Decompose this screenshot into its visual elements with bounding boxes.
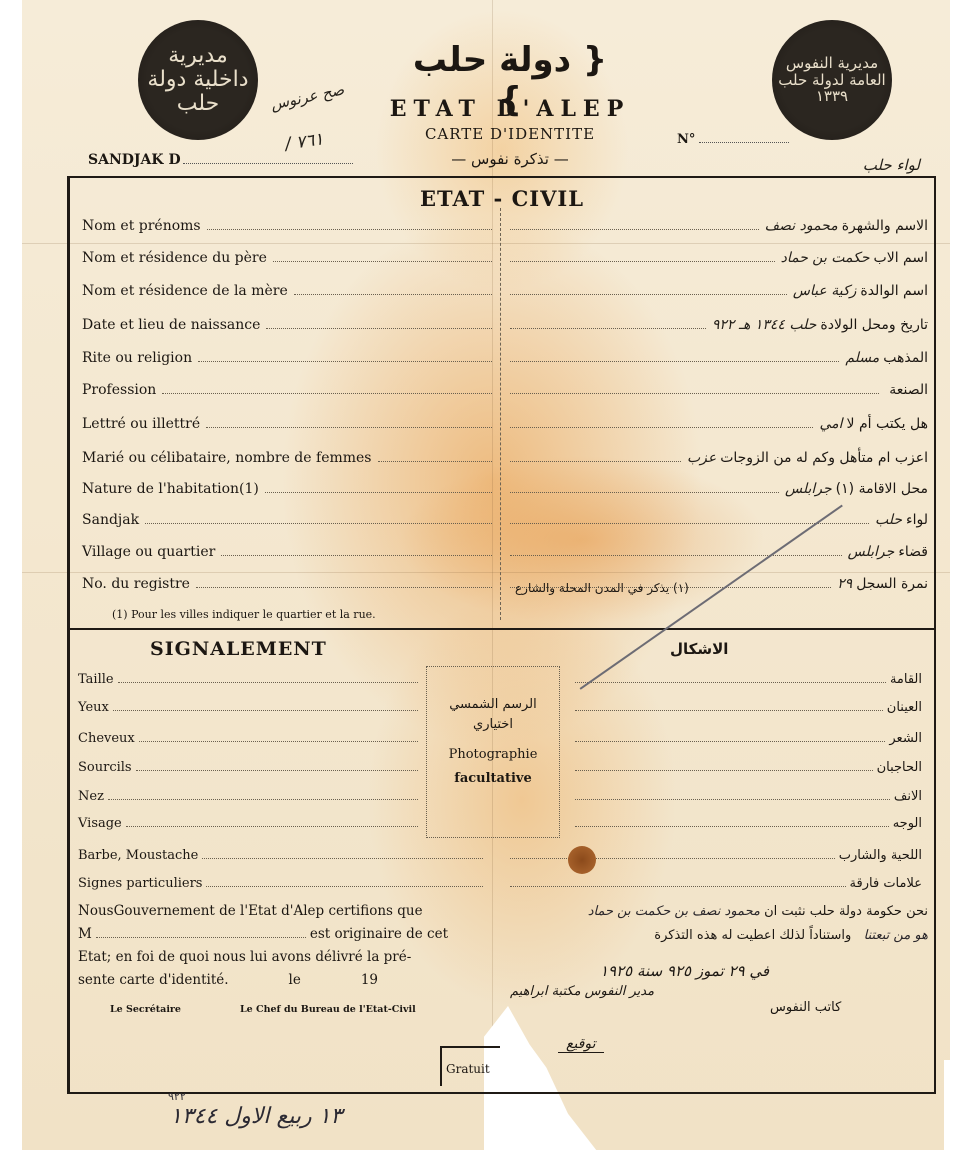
- signalement-blank: [206, 886, 483, 887]
- left-seal-text: مديرية داخلية دولة حلب: [138, 44, 258, 117]
- signalement-blank-ar: [510, 886, 846, 887]
- civil-blank: [265, 492, 492, 493]
- civil-blank-ar: [510, 492, 779, 493]
- signalement-label-fr: Taille: [78, 672, 118, 687]
- civil-value-handwritten: مسلم: [839, 350, 879, 366]
- civil-value-handwritten: عزب: [681, 450, 716, 466]
- civil-blank: [378, 461, 493, 462]
- civil-row-french: Nom et résidence de la mère: [82, 283, 492, 299]
- civil-label-ar: تاريخ ومحل الولادة: [816, 317, 928, 333]
- signalement-label-ar: علامات فارقة: [846, 876, 922, 891]
- subtitle-french: CARTE D'IDENTITE: [370, 125, 650, 143]
- chef-bureau-label: Le Chef du Bureau de l'Etat-Civil: [240, 1004, 416, 1015]
- civil-label-ar: الصنعة: [885, 382, 928, 398]
- sandjak-blank: [183, 163, 353, 164]
- etat-civil-title: ETAT - CIVIL: [70, 186, 934, 211]
- signalement-label-fr: Nez: [78, 789, 108, 804]
- signalement-label-ar: الحاجبان: [873, 760, 922, 775]
- civil-blank: [196, 587, 492, 588]
- signalement-blank-ar: [575, 799, 890, 800]
- photo-box: الرسم الشمسياختياري Photographiefacultat…: [426, 666, 560, 838]
- cert-fr-line4-text: sente carte d'identité.: [78, 972, 229, 988]
- katib-label: كاتب النفوس: [770, 1000, 841, 1015]
- civil-row-french: Sandjak: [82, 512, 492, 528]
- civil-label-fr: Nom et prénoms: [82, 218, 207, 234]
- civil-value-handwritten: محمود نصف: [759, 218, 838, 234]
- civil-row-arabic: مسلمالمذهب: [510, 350, 928, 366]
- cert-fr-line3: Etat; en foi de quoi nous lui avons déli…: [78, 946, 488, 969]
- signalement-blank: [202, 858, 483, 859]
- photo-ar-line1: الرسم الشمسي: [449, 697, 537, 712]
- gratuit-stamp: Gratuit: [440, 1046, 500, 1086]
- civil-row-french: Lettré ou illettré: [82, 416, 492, 432]
- civil-row-french: Nom et résidence du père: [82, 250, 492, 266]
- signalement-label-ar: الانف: [890, 789, 922, 804]
- civil-blank: [273, 261, 492, 262]
- signalement-blank: [113, 710, 418, 711]
- signalement-row-french: Cheveux: [78, 731, 418, 746]
- civil-label-ar: الاسم والشهرة: [838, 218, 928, 234]
- column-divider: [500, 208, 502, 620]
- signalement-label-ar: الشعر: [885, 731, 922, 746]
- right-seal-stamp: مديرية النفوس العامة لدولة حلب ١٣٣٩: [772, 20, 892, 140]
- civil-label-ar: المذهب: [879, 350, 928, 366]
- civil-value-handwritten: حلب: [869, 512, 902, 528]
- civil-value-handwritten: زكية عباس: [787, 283, 857, 299]
- civil-value-handwritten: امي: [813, 416, 842, 432]
- cert-fr-le: le: [289, 972, 301, 988]
- cert-ar-line2: هو من تبعتنا واستناداً لذلك اعطيت له هذه…: [510, 924, 928, 948]
- signalement-label-fr: Sourcils: [78, 760, 136, 775]
- signalement-label-fr: Barbe, Moustache: [78, 848, 202, 863]
- civil-row-french: Nom et prénoms: [82, 218, 492, 234]
- signalement-row-arabic: علامات فارقة: [510, 876, 922, 891]
- cert-name-blank: [96, 937, 306, 938]
- signalement-blank-ar: [510, 858, 835, 859]
- signalement-label-fr: Cheveux: [78, 731, 139, 746]
- handwritten-date: في ٢٩ تموز ٩٢٥ سنة ١٩٢٥: [600, 962, 769, 980]
- signalement-title-arabic: الاشكال: [670, 640, 728, 658]
- civil-value-handwritten: حكمت بن حماد: [775, 250, 870, 266]
- cert-ar-hand2: هو من تبعتنا: [864, 928, 928, 943]
- civil-row-arabic: محمود نصفالاسم والشهرة: [510, 218, 928, 234]
- cert-fr-line4: sente carte d'identité.le19: [78, 969, 488, 992]
- civil-blank: [221, 555, 492, 556]
- certification-french: NousGouvernement de l'Etat d'Alep certif…: [78, 900, 488, 992]
- civil-row-french: Village ou quartier: [82, 544, 492, 560]
- signalement-title: SIGNALEMENT: [150, 638, 327, 660]
- civil-row-french: Nature de l'habitation(1): [82, 481, 492, 497]
- civil-label-fr: Date et lieu de naissance: [82, 317, 266, 333]
- civil-blank: [266, 328, 492, 329]
- civil-value-handwritten: جرابلس: [779, 481, 832, 497]
- civil-label-ar: هل يكتب أم لا: [843, 416, 928, 432]
- civil-label-ar: نمرة السجل: [852, 576, 928, 592]
- signalement-row-french: Taille: [78, 672, 418, 687]
- civil-label-fr: Rite ou religion: [82, 350, 198, 366]
- civil-blank: [162, 393, 492, 394]
- cert-ar-name-hand: محمود نصف بن حكمت بن حماد: [588, 904, 760, 919]
- cert-ar-line1: نحن حكومة دولة حلب نثبت ان محمود نصف بن …: [510, 900, 928, 924]
- civil-row-arabic: اميهل يكتب أم لا: [510, 416, 928, 432]
- title-french: ETAT D'ALEP: [370, 96, 650, 122]
- civil-label-ar: محل الاقامة (١): [832, 481, 928, 497]
- certification-arabic: نحن حكومة دولة حلب نثبت ان محمود نصف بن …: [510, 900, 928, 948]
- civil-blank: [145, 523, 492, 524]
- card-number-field: N°: [677, 132, 789, 147]
- sandjak-label: SANDJAK D: [88, 152, 181, 168]
- form-frame: ETAT - CIVIL Nom et prénomsمحمود نصفالاس…: [67, 176, 936, 1094]
- civil-label-fr: No. du registre: [82, 576, 196, 592]
- signalement-row-french: Sourcils: [78, 760, 418, 775]
- signalement-blank: [139, 741, 418, 742]
- civil-label-fr: Nom et résidence du père: [82, 250, 273, 266]
- civil-row-arabic: زكية عباساسم الوالدة: [510, 283, 928, 299]
- signalement-row-french: Signes particuliers: [78, 876, 483, 891]
- signalement-blank-ar: [575, 710, 883, 711]
- civil-label-fr: Nom et résidence de la mère: [82, 283, 294, 299]
- signalement-row-arabic: العينان: [575, 700, 922, 715]
- handwritten-bottom: ١٣ ربيع الاول ١٣٤٤: [170, 1104, 342, 1129]
- signalement-row-arabic: الانف: [575, 789, 922, 804]
- civil-blank-ar: [510, 393, 879, 394]
- cert-m: M: [78, 926, 92, 942]
- signalement-blank-ar: [575, 741, 885, 742]
- signalement-row-french: Barbe, Moustache: [78, 848, 483, 863]
- left-seal-stamp: مديرية داخلية دولة حلب: [138, 20, 258, 140]
- civil-blank-ar: [510, 427, 813, 428]
- handwritten-bottom-small: ٩٢٢: [168, 1090, 186, 1103]
- civil-label-ar: اعزب ام متأهل وكم له من الزوجات: [716, 450, 928, 466]
- civil-label-fr: Nature de l'habitation(1): [82, 481, 265, 497]
- cert-ar-line2-text: واستناداً لذلك اعطيت له هذه التذكرة: [654, 928, 851, 943]
- civil-label-ar: قضاء: [894, 544, 928, 560]
- photo-ar-line2: اختياري: [473, 717, 513, 732]
- card-number-blank: [699, 142, 789, 143]
- liwa-arabic: لواء حلب: [770, 156, 920, 174]
- torn-edge: [944, 1060, 963, 1160]
- signalement-label-fr: Yeux: [78, 700, 113, 715]
- signalement-row-arabic: الحاجبان: [575, 760, 922, 775]
- subtitle-arabic: — تذكرة نفوس —: [380, 150, 640, 168]
- civil-row-arabic: حكمت بن حماداسم الاب: [510, 250, 928, 266]
- signalement-label-ar: القامة: [886, 672, 922, 687]
- signalement-blank-ar: [575, 826, 889, 827]
- civil-blank-ar: [510, 229, 759, 230]
- signalement-blank: [136, 770, 418, 771]
- civil-row-french: Rite ou religion: [82, 350, 492, 366]
- signalement-label-fr: Visage: [78, 816, 126, 831]
- civil-label-ar: اسم الاب: [870, 250, 928, 266]
- civil-label-fr: Marié ou célibataire, nombre de femmes: [82, 450, 378, 466]
- civil-label-fr: Profession: [82, 382, 162, 398]
- civil-value-handwritten: حلب ١٣٤٤ هـ ٩٢٢: [706, 317, 817, 333]
- civil-blank: [294, 294, 492, 295]
- civil-value-handwritten: ٢٩: [831, 576, 852, 592]
- signalement-label-ar: اللحية والشارب: [835, 848, 922, 863]
- civil-blank-ar: [510, 294, 787, 295]
- signalement-label-fr: Signes particuliers: [78, 876, 206, 891]
- signalement-blank-ar: [575, 770, 873, 771]
- signalement-row-arabic: الوجه: [575, 816, 922, 831]
- civil-label-fr: Village ou quartier: [82, 544, 221, 560]
- civil-row-arabic: حلبلواء: [510, 512, 928, 528]
- civil-blank: [207, 229, 492, 230]
- card-number-label: N°: [677, 132, 695, 147]
- signalement-blank-ar: [575, 682, 886, 683]
- civil-row-french: No. du registre: [82, 576, 492, 592]
- footnote-french: (1) Pour les villes indiquer le quartier…: [112, 608, 376, 621]
- pen-strike-line: [580, 505, 843, 690]
- footnote-arabic: (١) يذكر في المدن المحلة والشارع: [515, 581, 689, 595]
- cert-fr-line1: NousGouvernement de l'Etat d'Alep certif…: [78, 900, 488, 923]
- signalement-row-arabic: الشعر: [575, 731, 922, 746]
- civil-row-arabic: جرابلسمحل الاقامة (١): [510, 481, 928, 497]
- civil-label-fr: Sandjak: [82, 512, 145, 528]
- signalement-row-arabic: القامة: [575, 672, 922, 687]
- photo-label-french: Photographiefacultative: [427, 743, 559, 791]
- photo-fr-line1: Photographie: [449, 747, 538, 762]
- cert-ar-line1-text: نحن حكومة دولة حلب نثبت ان: [764, 904, 928, 919]
- signalement-row-french: Yeux: [78, 700, 418, 715]
- signalement-label-ar: العينان: [883, 700, 922, 715]
- signalement-blank: [126, 826, 418, 827]
- civil-row-arabic: حلب ١٣٤٤ هـ ٩٢٢تاريخ ومحل الولادة: [510, 317, 928, 333]
- section-divider: [70, 628, 934, 630]
- cert-fr-line2: Mest originaire de cet: [78, 923, 488, 946]
- cert-fr-year: 19: [361, 972, 378, 988]
- cert-fr-line2-end: est originaire de cet: [310, 926, 448, 942]
- signalement-row-french: Nez: [78, 789, 418, 804]
- photo-label-arabic: الرسم الشمسياختياري: [427, 695, 559, 735]
- civil-row-arabic: الصنعة: [510, 382, 928, 398]
- signature: توقيع: [558, 1036, 604, 1053]
- civil-blank: [206, 427, 492, 428]
- civil-blank-ar: [510, 461, 681, 462]
- signalement-blank: [108, 799, 418, 800]
- wax-stain: [568, 846, 596, 874]
- civil-blank: [198, 361, 492, 362]
- civil-row-arabic: جرابلسقضاء: [510, 544, 928, 560]
- civil-row-arabic: عزباعزب ام متأهل وكم له من الزوجات: [510, 450, 928, 466]
- civil-row-french: Profession: [82, 382, 492, 398]
- civil-label-fr: Lettré ou illettré: [82, 416, 206, 432]
- signalement-blank: [118, 682, 418, 683]
- handwritten-director: مدير النفوس مكتبة ابراهيم: [510, 984, 654, 999]
- civil-blank-ar: [510, 361, 839, 362]
- civil-blank-ar: [510, 261, 775, 262]
- civil-value-handwritten: جرابلس: [842, 544, 895, 560]
- photo-fr-line2: facultative: [454, 771, 532, 786]
- civil-label-ar: لواء: [902, 512, 928, 528]
- civil-blank-ar: [510, 555, 842, 556]
- signalement-row-french: Visage: [78, 816, 418, 831]
- signalement-label-ar: الوجه: [889, 816, 922, 831]
- sandjak-field: SANDJAK D: [88, 152, 353, 168]
- civil-label-ar: اسم الوالدة: [856, 283, 928, 299]
- civil-row-french: Date et lieu de naissance: [82, 317, 492, 333]
- civil-blank-ar: [510, 328, 706, 329]
- secretaire-label: Le Secrétaire: [110, 1004, 181, 1015]
- right-seal-text: مديرية النفوس العامة لدولة حلب ١٣٣٩: [772, 55, 892, 105]
- civil-row-french: Marié ou célibataire, nombre de femmes: [82, 450, 492, 466]
